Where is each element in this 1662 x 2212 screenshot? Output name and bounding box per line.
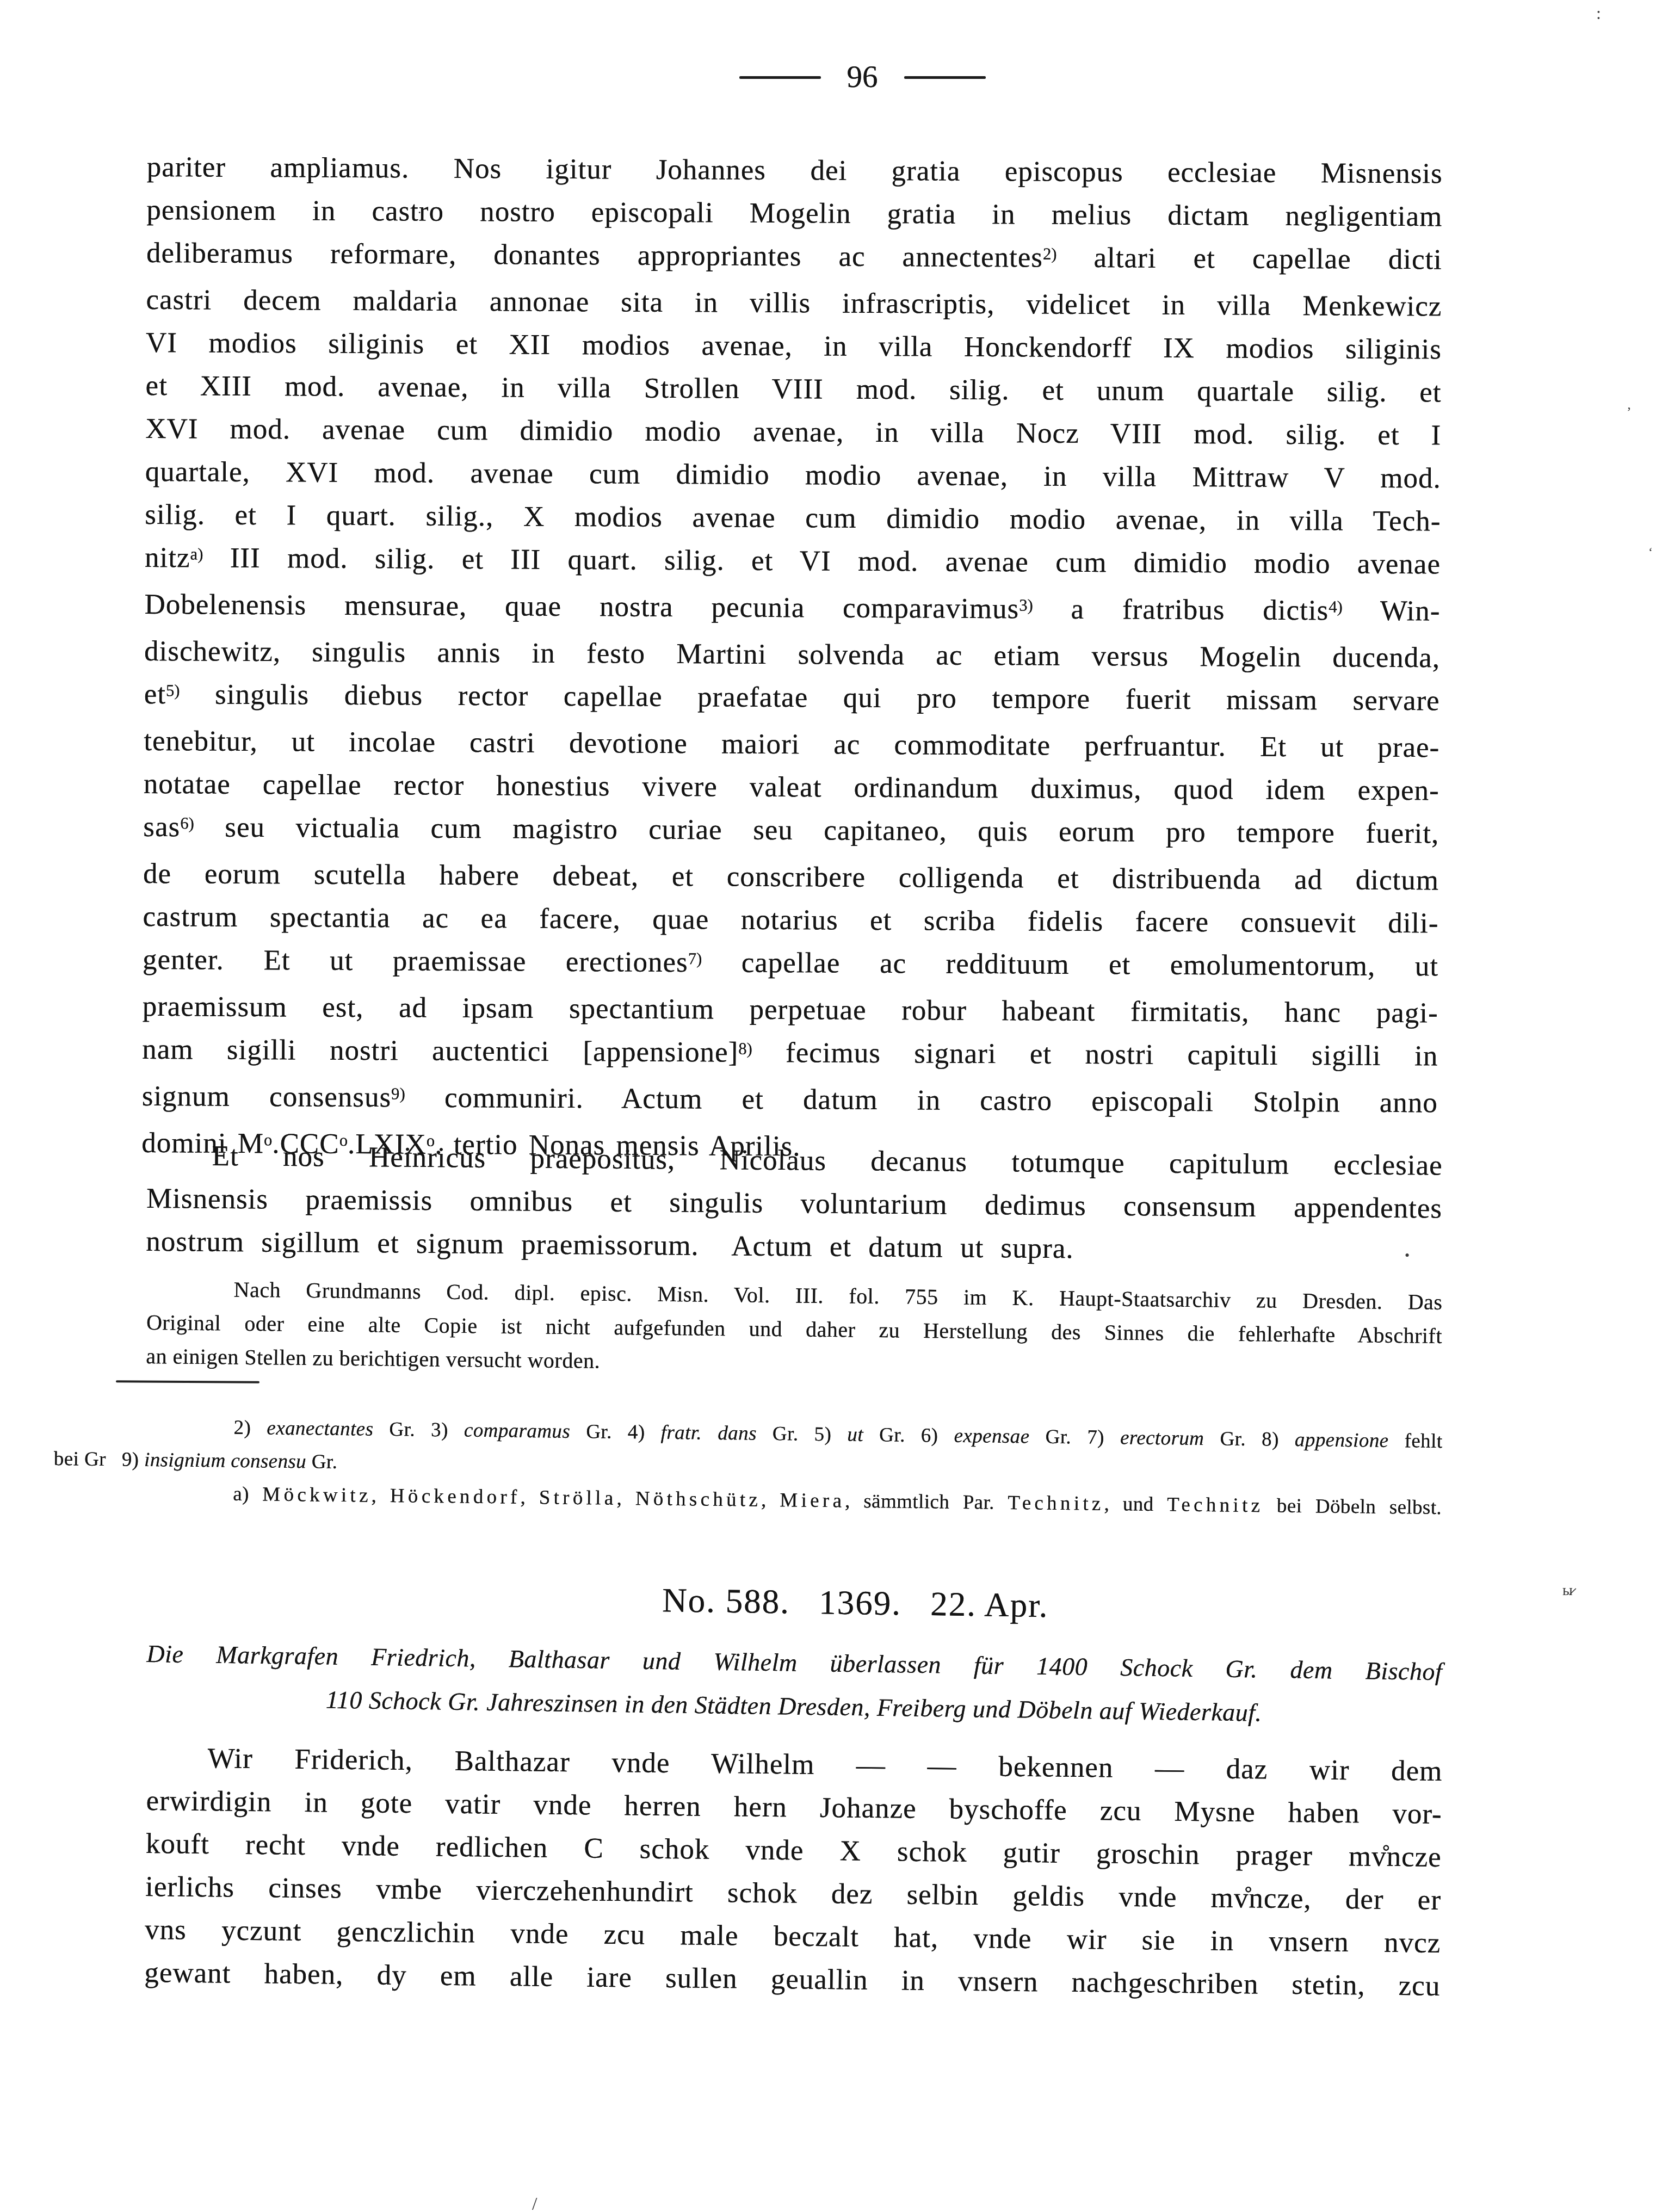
footnote-separator-rule (116, 1380, 260, 1383)
scan-speck: : (1596, 4, 1601, 22)
scan-speck: ‘ (1648, 544, 1653, 561)
text-line: signum consensus9) communiri. Actum et d… (142, 1075, 1438, 1128)
german-charter-paragraph: Wir Friderich, Balthazar vnde Wilhelm — … (144, 1737, 1443, 2008)
text-line: et5) singulis diebus rector capellae pra… (144, 673, 1439, 726)
text-line: notatae capellae rector honestius vivere… (144, 763, 1439, 812)
text-line: quartale, XVI mod. avenae cum dimidio mo… (145, 450, 1441, 500)
entry-heading: No. 588. 1369. 22. Apr. (207, 1574, 1504, 1632)
text-line: nam sigilli nostri auctentici [appension… (142, 1028, 1438, 1082)
text-line: deliberamus reformare, donantes appropri… (146, 232, 1442, 285)
footnotes: 2) exanectantes Gr. 3) comparamus Gr. 4)… (146, 1410, 1443, 1524)
scan-speck: • (1405, 1247, 1410, 1264)
source-note: Nach Grundmanns Cod. dipl. episc. Misn. … (146, 1272, 1443, 1387)
header-dash-right (904, 76, 986, 79)
entry-summary: Die Markgrafen Friedrich, Balthasar und … (146, 1632, 1443, 1737)
text-line: VI modios siliginis et XII modios avenae… (146, 322, 1442, 371)
page-header: 96 (688, 61, 1036, 94)
scanned-page: 96 pariter ampliamus. Nos igitur Johanne… (0, 0, 1662, 2212)
header-dash-left (739, 76, 821, 79)
text-line: praemissum est, ad ipsam spectantium per… (143, 985, 1438, 1035)
text-line: genter. Et ut praemissae erectiones7) ca… (143, 938, 1438, 992)
scan-speck: / (532, 2196, 537, 2212)
latin-charter-paragraph-2: Et nos Heinricus praepositus, Nicolaus d… (146, 1134, 1443, 1274)
text-line: nitza) III mod. silig. et III quart. sil… (145, 536, 1441, 590)
text-line: sas6) seu victualia cum magistro curiae … (143, 806, 1439, 859)
page-number: 96 (847, 61, 878, 94)
scan-speck: . (418, 200, 422, 218)
text-line: pariter ampliamus. Nos igitur Johannes d… (147, 146, 1443, 195)
text-line: castri decem maldaria annonae sita in vi… (146, 279, 1442, 328)
text-line: XVI mod. avenae cum dimidio modio avenae… (145, 407, 1441, 457)
scan-speck: ’ (1627, 404, 1632, 421)
latin-charter-paragraph-1: pariter ampliamus. Nos igitur Johannes d… (141, 146, 1443, 1175)
scan-speck: ы̷ (1562, 1582, 1573, 1599)
text-line: Dobelenensis mensurae, quae nostra pecun… (144, 583, 1440, 637)
text-line: silig. et I quart. silig., X modios aven… (145, 493, 1441, 543)
text-line: castrum spectantia ac ea facere, quae no… (143, 895, 1438, 945)
text-line: et XIII mod. avenae, in villa Strollen V… (145, 364, 1441, 414)
text-line: de eorum scutella habere debeat, et cons… (143, 852, 1439, 902)
text-line: dischewitz, singulis annis in festo Mart… (144, 630, 1440, 679)
text-line: pensionem in castro nostro episcopali Mo… (146, 189, 1442, 238)
text-line: tenebitur, ut incolae castri devotione m… (144, 720, 1439, 769)
